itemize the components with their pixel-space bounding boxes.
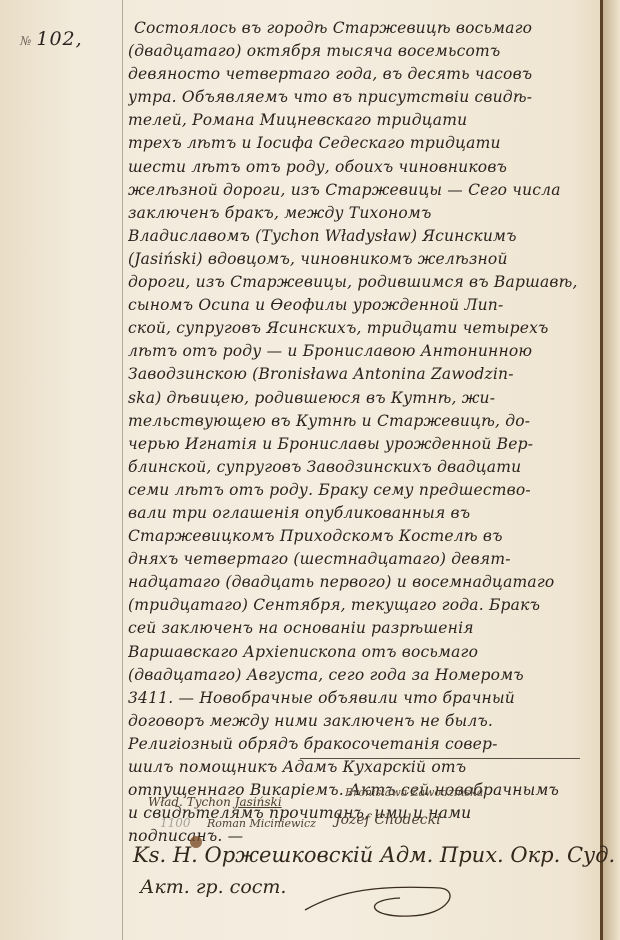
signature-registrar: Ks. H. Оржешковскій Адм. Прих. Окр. Суд.	[133, 843, 615, 867]
record-body: Состоялось въ городѣ Старжевицѣ восьмаго…	[128, 17, 600, 848]
body-line: дороги, изъ Старжевицы, родившимся въ Ва…	[128, 271, 600, 294]
record-number: №102,	[20, 28, 83, 50]
body-line: (Jasiński) вдовцомъ, чиновникомъ желѣзно…	[128, 248, 600, 271]
body-line: сей заключенъ на основаніи разрѣшенія	[128, 617, 600, 640]
body-line: заключенъ бракъ, между Тихономъ	[128, 202, 600, 225]
record-number-value: 102	[36, 28, 75, 50]
pencil-mark: 1100	[160, 816, 191, 830]
body-line: Религіозный обрядъ бракосочетанія совер-	[128, 733, 600, 756]
record-number-prefix: №	[20, 34, 32, 48]
body-line: шести лѣтъ отъ роду, обоихъ чиновниковъ	[128, 156, 600, 179]
body-line: утра. Объявляемъ что въ присутствіи свид…	[128, 86, 600, 109]
signature-registrar-title: Акт. гр. сост.	[140, 876, 286, 898]
body-line: сыномъ Осипа и Ѳеофилы урожденной Лип-	[128, 294, 600, 317]
signature-bride: Bronisława Zawodzińska	[345, 786, 483, 799]
book-gutter	[603, 0, 620, 940]
body-line: Старжевицкомъ Приходскомъ Костелѣ въ	[128, 525, 600, 548]
body-line: Заводзинскою (Bronisława Antonina Zawodz…	[128, 363, 600, 386]
body-line: надцатаго (двадцать первого) и восемнадц…	[128, 571, 600, 594]
body-line: девяносто четвертаго года, въ десять час…	[128, 63, 600, 86]
body-line: Владиславомъ (Tychon Władysław) Ясинским…	[128, 225, 600, 248]
body-line: блинской, супруговъ Заводзинскихъ двадца…	[128, 456, 600, 479]
body-line: трехъ лѣтъ и Іосифа Седескаго тридцати	[128, 132, 600, 155]
body-line: Варшавскаго Архіепископа отъ восьмаго	[128, 641, 600, 664]
body-line: черью Игнатія и Брониславы урожденной Ве…	[128, 433, 600, 456]
signature-flourish-icon	[300, 880, 460, 920]
signature-groom-surname: Jasiński	[235, 795, 282, 809]
body-line: лѣтъ отъ роду — и Брониславою Антонинною	[128, 340, 600, 363]
body-line: дняхъ четвертаго (шестнадцатаго) девят-	[128, 548, 600, 571]
signature-groom: Wład. Tychon Jasiński	[148, 795, 282, 809]
margin-rule	[122, 0, 123, 940]
book-binding-edge	[600, 0, 603, 940]
body-line: Состоялось въ городѣ Старжевицѣ восьмаго	[128, 17, 600, 40]
body-line: ska) дѣвицею, родившеюся въ Кутнѣ, жи-	[128, 387, 600, 410]
body-line: 3411. — Новобрачные объявили что брачный	[128, 687, 600, 710]
body-line: тельствующею въ Кутнѣ и Старжевицѣ, до-	[128, 410, 600, 433]
body-line: договоръ между ними заключенъ не былъ.	[128, 710, 600, 733]
body-line: ской, супруговъ Ясинскихъ, тридцати четы…	[128, 317, 600, 340]
signature-witness-jozef: Józef Chodecki	[335, 812, 441, 828]
body-line: телей, Романа Мицневскаго тридцати	[128, 109, 600, 132]
body-line: семи лѣтъ отъ роду. Браку сему предшеств…	[128, 479, 600, 502]
body-line: желѣзной дороги, изъ Старжевицы — Сего ч…	[128, 179, 600, 202]
body-line: (двадцатаго) Августа, сего года за Номер…	[128, 664, 600, 687]
body-line: вали три оглашенія опубликованныя въ	[128, 502, 600, 525]
closing-line	[300, 758, 580, 761]
body-line: (двадцатаго) октября тысяча восемьсотъ	[128, 40, 600, 63]
signature-groom-prefix: Wład. Tychon	[148, 795, 231, 809]
register-page: №102, Состоялось въ городѣ Старжевицѣ во…	[0, 0, 620, 940]
signature-witness-roman: Roman Miciniewicz	[207, 817, 316, 830]
body-line: (тридцатаго) Сентября, текущаго года. Бр…	[128, 594, 600, 617]
